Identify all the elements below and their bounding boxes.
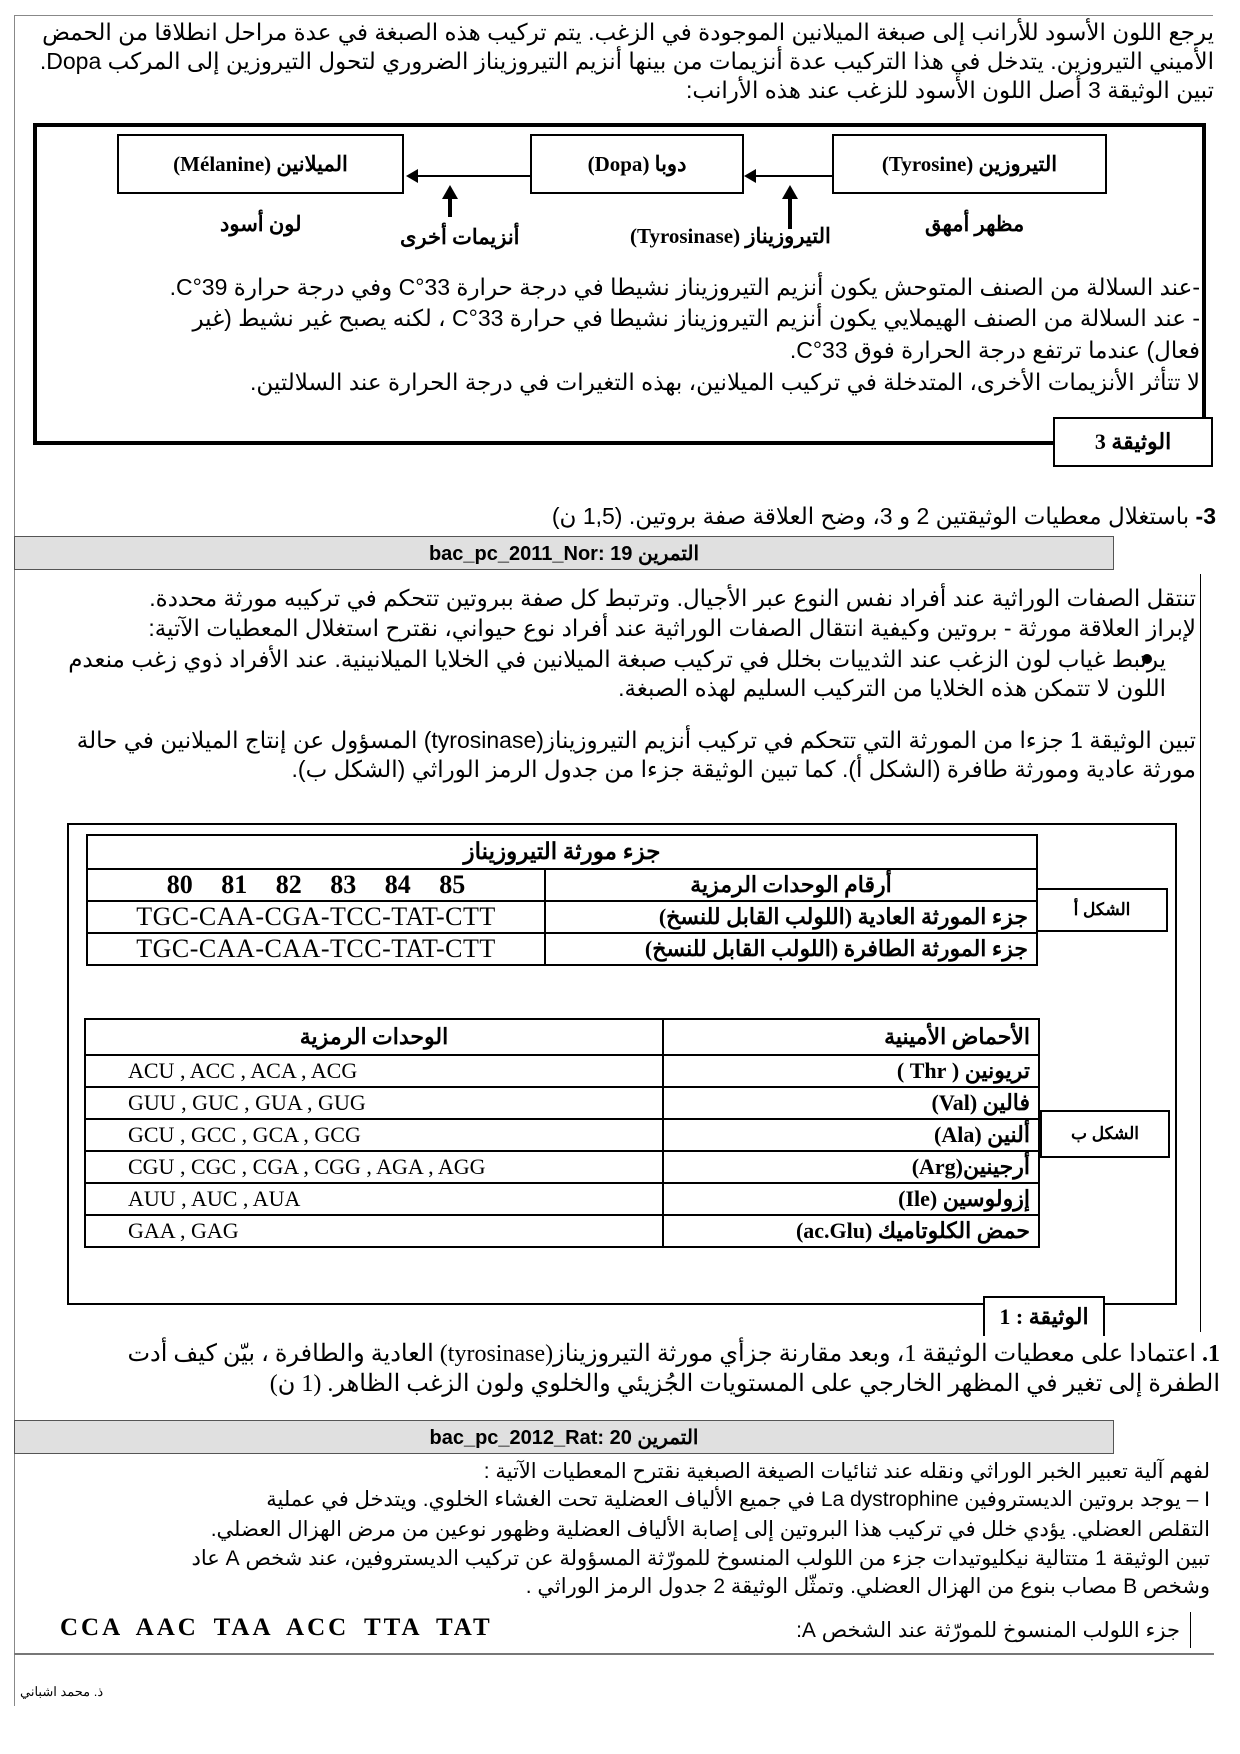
table-row: GAA , GAG حمض الكلوتاميك (ac.Glu) bbox=[85, 1215, 1039, 1247]
amino-acid-cell: أرجينين(Arg) bbox=[663, 1151, 1039, 1183]
table-row: GUU , GUC , GUA , GUG فالين (Val) bbox=[85, 1087, 1039, 1119]
label-pale-phenotype: مظهر أمهق bbox=[925, 212, 1024, 237]
mutant-gene-sequence: TGC-CAA-CAA-TCC-TAT-CTT bbox=[87, 933, 545, 965]
document-3-label: الوثيقة 3 bbox=[1053, 417, 1213, 467]
bullet-icon bbox=[1142, 654, 1152, 664]
doc3-line-2: - عند السلالة من الصنف الهيملايي يكون أن… bbox=[40, 304, 1200, 333]
node-dopa: دوبا (Dopa) bbox=[530, 134, 744, 194]
normal-gene-sequence: TGC-CAA-CGA-TCC-TAT-CTT bbox=[87, 901, 545, 933]
doc3-line-3: فعال) عندما ترتفع درجة الحرارة فوق 33°C. bbox=[40, 336, 1200, 365]
node-tyrosine: التيروزين (Tyrosine) bbox=[832, 134, 1107, 194]
doc3-line-1: -عند السلالة من الصنف المتوحش يكون أنزيم… bbox=[40, 273, 1200, 302]
codons-cell: AUU , AUC , AUA bbox=[85, 1183, 663, 1215]
label-other-enzymes: أنزيمات أخرى bbox=[400, 225, 520, 250]
enzyme-arrow-shaft bbox=[448, 197, 452, 217]
ex20-line-3: التقلص العضلي. يؤدي خلل في تركيب هذا الب… bbox=[20, 1516, 1210, 1543]
figure-a-title: جزء مورثة التيروزيناز bbox=[87, 835, 1037, 869]
arrowhead-left-icon bbox=[744, 169, 756, 183]
amino-acid-cell: حمض الكلوتاميك (ac.Glu) bbox=[663, 1215, 1039, 1247]
label-black-color: لون أسود bbox=[220, 212, 302, 237]
codons-cell: GCU , GCC , GCA , GCG bbox=[85, 1119, 663, 1151]
doc3-line-4: لا تتأثر الأنزيمات الأخرى، المتدخلة في ت… bbox=[40, 368, 1200, 397]
intro-paragraph: يرجع اللون الأسود للأرانب إلى صبغة الميل… bbox=[22, 18, 1214, 105]
table-row: CGU , CGC , CGA , CGG , AGA , AGG أرجيني… bbox=[85, 1151, 1039, 1183]
codons-cell: GAA , GAG bbox=[85, 1215, 663, 1247]
right-margin-rule bbox=[1200, 574, 1201, 1332]
ex20-line-1: لفهم آلية تعبير الخبر الوراثي ونقله عند … bbox=[20, 1458, 1210, 1485]
amino-acid-cell: فالين (Val) bbox=[663, 1087, 1039, 1119]
amino-acids-header: الأحماض الأمينية bbox=[663, 1019, 1039, 1055]
figure-a-label: الشكل أ bbox=[1036, 888, 1168, 932]
document-1-label: الوثيقة : 1 bbox=[983, 1296, 1105, 1336]
codon-numbers: 80 81 82 83 84 85 bbox=[87, 869, 545, 901]
table-row: AUU , AUC , AUA إزولوسين (Ile) bbox=[85, 1183, 1039, 1215]
table-row: ACU , ACC , ACA , ACG تريونين ( Thr ) bbox=[85, 1055, 1039, 1087]
label-tyrosinase: التيروزيناز (Tyrosinase) bbox=[630, 224, 831, 249]
amino-acid-cell: تريونين ( Thr ) bbox=[663, 1055, 1039, 1087]
ex19-line-1: تنتقل الصفات الوراثية عند أفراد نفس النو… bbox=[20, 584, 1196, 613]
codon-numbers-label: أرقام الوحدات الرمزية bbox=[545, 869, 1037, 901]
ex19-doc-intro: تبين الوثيقة 1 جزءا من المورثة التي تتحك… bbox=[20, 726, 1196, 784]
author-footer: ذ. محمد اشباني bbox=[20, 1684, 160, 1700]
question-3: 3- باستغلال معطيات الوثيقتين 2 و 3، وضح … bbox=[20, 502, 1216, 531]
bottom-rule bbox=[14, 1653, 1214, 1655]
codons-header: الوحدات الرمزية bbox=[85, 1019, 663, 1055]
figure-b-label: الشكل ب bbox=[1040, 1110, 1170, 1158]
table-row: GCU , GCC , GCA , GCG ألنين (Ala) bbox=[85, 1119, 1039, 1151]
arrow-line-tyrosine-dopa bbox=[756, 175, 832, 177]
ex20-line-5: وشخص B مصاب بنوع من الهزال العضلي. وتمثّ… bbox=[20, 1573, 1210, 1600]
amino-acid-cell: إزولوسين (Ile) bbox=[663, 1183, 1039, 1215]
exercise-19-header: التمرين 19 :bac_pc_2011_Nor bbox=[14, 536, 1114, 570]
amino-acid-cell: ألنين (Ala) bbox=[663, 1119, 1039, 1151]
ex19-bullet-text: يرتبط غياب لون الزغب عند الثدييات بخلل ف… bbox=[60, 645, 1166, 703]
question-text: باستغلال معطيات الوثيقتين 2 و 3، وضح الع… bbox=[552, 503, 1196, 529]
question-number: 3- bbox=[1196, 503, 1216, 529]
normal-gene-label: جزء المورثة العادية (اللولب القابل للنسخ… bbox=[545, 901, 1037, 933]
strand-rule bbox=[1190, 1612, 1191, 1648]
mutant-gene-label: جزء المورثة الطافرة (اللولب القابل للنسخ… bbox=[545, 933, 1037, 965]
ex20-line-4: تبين الوثيقة 1 متتالية نيكليوتيدات جزء م… bbox=[20, 1545, 1210, 1572]
codons-cell: CGU , CGC , CGA , CGG , AGA , AGG bbox=[85, 1151, 663, 1183]
figure-a-table: جزء مورثة التيروزيناز 80 81 82 83 84 85 … bbox=[86, 834, 1038, 966]
arrow-line-dopa-melanine bbox=[416, 175, 530, 177]
exercise-20-header: التمرين 20 :bac_pc_2012_Rat bbox=[14, 1420, 1114, 1454]
ex19-line-2: لإبراز العلاقة مورثة - بروتين وكيفية انت… bbox=[20, 614, 1196, 643]
figure-b-table: الوحدات الرمزية الأحماض الأمينية ACU , A… bbox=[84, 1018, 1040, 1248]
codons-cell: GUU , GUC , GUA , GUG bbox=[85, 1087, 663, 1119]
node-melanine: الميلانين (Mélanine) bbox=[117, 134, 404, 194]
question-number: 1. bbox=[1202, 1341, 1220, 1367]
strand-sequence: CCA AAC TAA ACC TTA TAT bbox=[60, 1614, 493, 1642]
arrowhead-left-icon bbox=[406, 169, 418, 183]
question-1: 1. اعتمادا على معطيات الوثيقة 1، وبعد مق… bbox=[70, 1339, 1220, 1399]
strand-label: جزء اللولب المنسوخ للمورّثة عند الشخص A: bbox=[660, 1618, 1180, 1643]
ex20-line-2: I – يوجد بروتين الديستروفين La dystrophi… bbox=[20, 1486, 1210, 1513]
question-text: اعتمادا على معطيات الوثيقة 1، وبعد مقارن… bbox=[127, 1341, 1220, 1397]
codons-cell: ACU , ACC , ACA , ACG bbox=[85, 1055, 663, 1087]
